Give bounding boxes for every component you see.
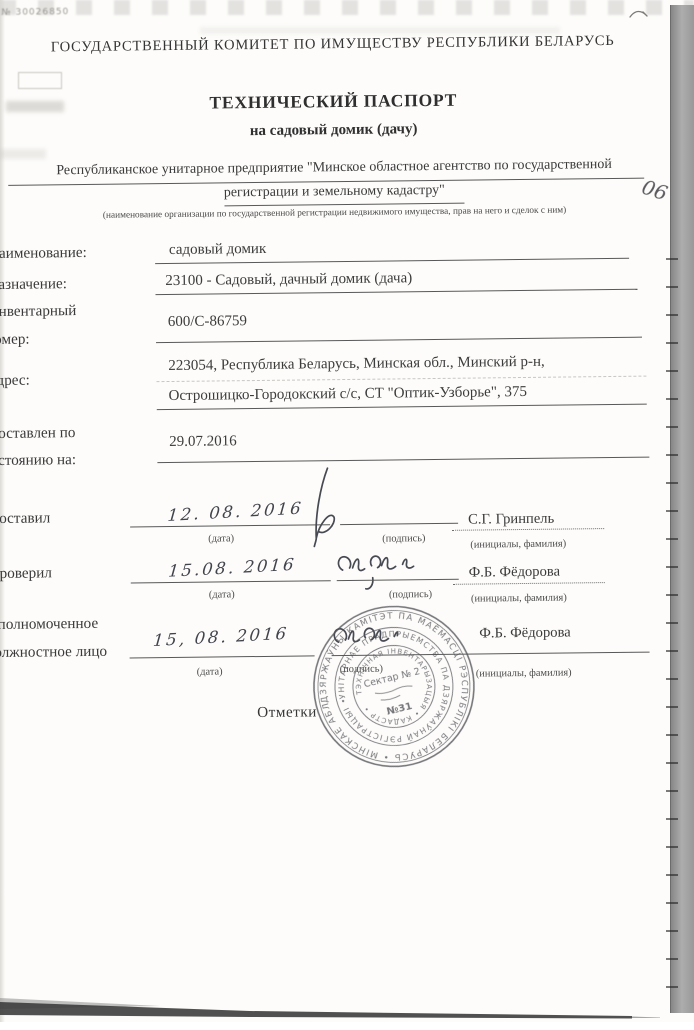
role-authorized-2: должностное лицо (0, 643, 107, 662)
field-value-asof: 29.07.2016 (169, 433, 237, 451)
field-label-purpose: Назначение: (0, 275, 67, 294)
signature-line (130, 655, 315, 658)
signature-line (340, 523, 458, 525)
label-initials: (инициалы, фамилия) (470, 539, 566, 551)
org-name-line1: Республиканское унитарное предприятие "М… (0, 156, 672, 180)
handwritten-date-compiled: 12. 08. 2016 (167, 499, 304, 525)
marks-heading: Отметки (257, 703, 317, 722)
field-label-asof-2: состоянию на: (0, 451, 76, 470)
field-value-inventory: 600/С-86759 (168, 313, 247, 331)
document-number: № 30026850 (1, 7, 69, 18)
signature-scribble (287, 462, 358, 553)
field-label-address: Адрес: (0, 372, 30, 391)
field-value-purpose: 23100 - Садовый, дачный домик (дача) (165, 270, 412, 290)
field-value-address-2: Острошицко-Городокский с/с, СТ "Оптик-Уз… (169, 384, 527, 405)
label-date: (дата) (209, 589, 235, 600)
page-title: ТЕХНИЧЕСКИЙ ПАСПОРТ (0, 87, 671, 116)
signer-name-authorized: Ф.Б. Фёдорова (479, 624, 571, 642)
underline (224, 203, 464, 207)
svg-text:ТЭХНІЧНАЯ ІНВЕНТАРЫЗАЦЫЯ • К: ТЭХНІЧНАЯ ІНВЕНТАРЫЗАЦЫЯ • КАДАСТР • (347, 639, 442, 733)
label-date: (дата) (197, 666, 223, 677)
underline (156, 337, 642, 344)
document-sheet: № 30026850 ГОСУДАРСТВЕННЫЙ КОМИТЕТ ПО ИМ… (0, 0, 694, 1030)
underline (155, 289, 637, 295)
label-sign: (подпись) (382, 533, 425, 544)
handwritten-date-checked: 15.08. 2016 (167, 555, 296, 581)
stamp-center-sector: Сектар № 2 (363, 666, 422, 690)
label-initials: (инициалы, фамилия) (471, 593, 567, 605)
field-label-inventory-1: Инвентарный (0, 302, 76, 321)
role-checked: Проверил (0, 564, 52, 583)
field-label-asof-1: Составлен по (0, 424, 75, 443)
page-subtitle: на садовый домик (дачу) (0, 118, 672, 143)
underline (453, 582, 605, 585)
binding-stitch-marks (666, 258, 678, 1010)
label-date: (дата) (208, 533, 234, 544)
role-authorized-1: Уполномоченное (0, 615, 98, 634)
stamp-ring-inner: ТЭХНІЧНАЯ ІНВЕНТАРЫЗАЦЫЯ • КАДАСТР • (347, 639, 442, 733)
field-value-address-1: 223054, Республика Беларусь, Минская обл… (168, 354, 545, 375)
signer-name-checked: Ф.Б. Фёдорова (469, 564, 561, 582)
underline (156, 376, 646, 383)
signer-name-compiled: С.Г. Гринпель (468, 511, 554, 529)
signature-line (131, 580, 331, 583)
field-label-inventory-2: номер: (0, 331, 30, 349)
scanned-document-page: { "scan": { "doc_number": "№ 30026850", … (0, 0, 694, 1030)
role-compiled: Составил (0, 509, 50, 528)
committee-heading: ГОСУДАРСТВЕННЫЙ КОМИТЕТ ПО ИМУЩЕСТВУ РЕС… (0, 32, 671, 57)
handwritten-date-authorized: 15, 08. 2016 (152, 624, 289, 650)
field-label-name: Наименование: (0, 244, 87, 263)
label-initials: (инициалы, фамилия) (476, 667, 572, 679)
official-stamp: ДЗЯРЖАЎНЫ КАМІТЭТ ПА МАЁМАСЦІ РЭСПУБЛІКІ… (290, 583, 498, 791)
org-note: (наименование организации по государстве… (0, 204, 673, 222)
underline (155, 258, 629, 264)
underline (157, 457, 649, 464)
scan-margin-bottom (0, 1022, 694, 1030)
pen-tick-mark (628, 6, 650, 22)
field-value-name: садовый домик (169, 241, 266, 259)
underline (157, 404, 647, 411)
